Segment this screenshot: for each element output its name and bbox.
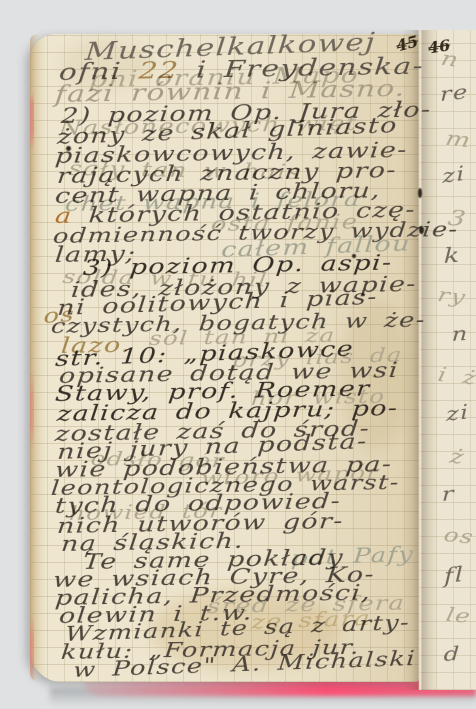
handwriting-layer: Muschelkalkowejofni 22 i Freydenska-fazi… xyxy=(0,0,476,709)
right-page-fragment: zi xyxy=(442,165,466,187)
ghost-writing: pni oraniu Mapo xyxy=(88,65,360,92)
ghost-writing: ze sfara xyxy=(251,608,372,632)
right-page-fragment: r xyxy=(442,485,455,505)
right-page-fragment: d xyxy=(443,645,461,665)
right-page-fragment: i ż xyxy=(436,366,476,389)
right-page-fragment: fl xyxy=(444,564,464,586)
ink-speck xyxy=(419,226,424,234)
page-number-46-crossed-out: 46 xyxy=(427,36,452,58)
right-page-fragment: m xyxy=(444,128,474,150)
notebook-photo: 45 46 Muschelkalkowejofni 22 i Freydensk… xyxy=(0,0,476,709)
right-page-fragment: re xyxy=(440,83,469,105)
ghost-writing: os xyxy=(43,304,75,326)
ghost-writing: howied tór xyxy=(68,502,223,524)
ink-speck xyxy=(352,254,356,258)
right-page-fragment: os xyxy=(442,526,476,548)
ghost-writing: Nasłonecowych więt xyxy=(58,113,358,138)
ghost-writing: pat Pafy xyxy=(291,544,415,568)
ghost-writing: sały tan w hais xyxy=(68,158,303,182)
ink-speck xyxy=(418,188,422,198)
right-page-fragment: 3 xyxy=(446,208,468,230)
right-page-fragment: ż xyxy=(448,446,467,467)
right-page-fragment: ry xyxy=(436,286,468,308)
ghost-writing: sól tan ni ża xyxy=(148,327,336,349)
ghost-writing: hor wisto xyxy=(250,388,386,409)
right-page-fragment: zi xyxy=(446,403,470,425)
ink-speck xyxy=(66,146,71,151)
right-page-fragment: n xyxy=(451,325,469,345)
ghost-writing: solda w tu hil xyxy=(62,268,269,291)
right-page-fragment: k xyxy=(444,245,461,267)
ghost-writing: osta fanie xyxy=(210,211,359,234)
right-page-fragment: le xyxy=(444,606,473,627)
